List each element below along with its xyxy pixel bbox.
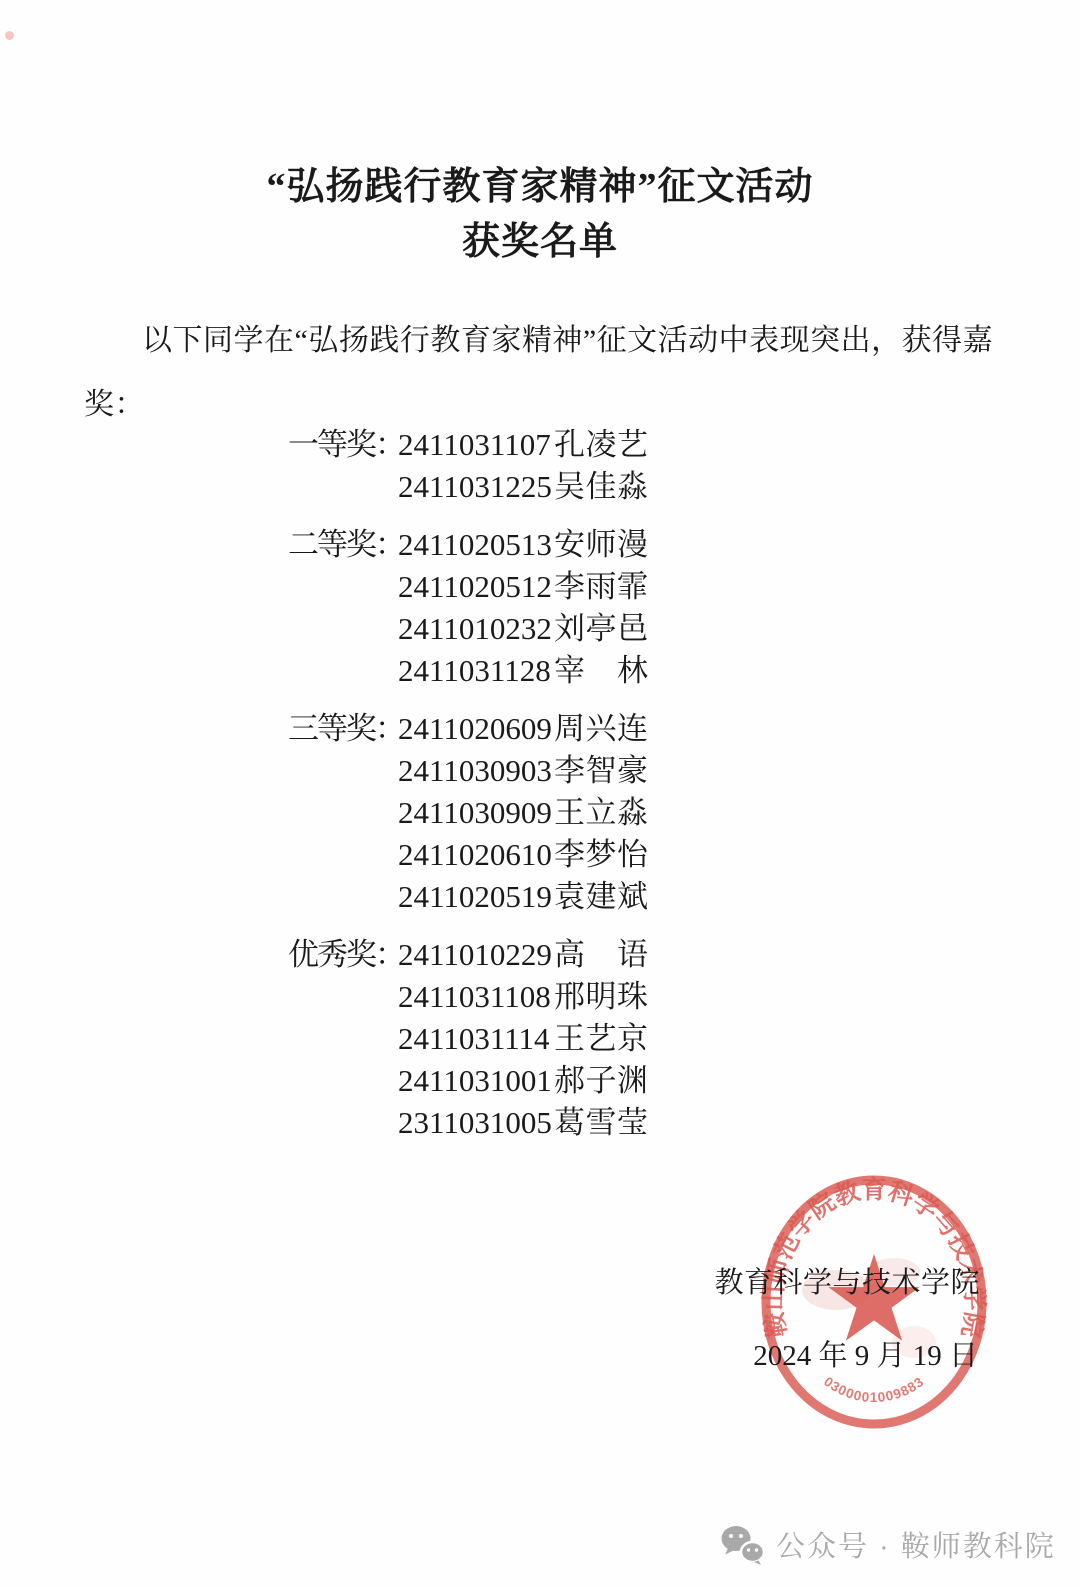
student-name: 周兴连 xyxy=(554,708,649,750)
award-row: 2411031114 王艺京 xyxy=(398,1018,649,1060)
student-id: 2411010232 xyxy=(398,608,554,650)
award-row: 2411010229 高 语 xyxy=(398,934,649,976)
student-id: 2411020610 xyxy=(398,834,554,876)
student-id: 2411031108 xyxy=(398,976,554,1018)
student-id: 2411031225 xyxy=(398,466,554,508)
student-name: 刘亭邑 xyxy=(554,608,649,650)
student-name: 高 语 xyxy=(554,934,649,976)
award-row: 2411031225 吴佳淼 xyxy=(398,466,649,508)
footer-label: 公众号 · 鞍师教科院 xyxy=(776,1524,1056,1565)
student-name: 孔凌艺 xyxy=(554,424,649,466)
red-artifact-dot xyxy=(5,31,14,40)
award-group-excellence: 优秀奖： 2411010229 高 语 2411031108 邢明珠 24110… xyxy=(288,934,649,1144)
award-group-label: 三等奖： xyxy=(288,708,398,918)
award-notice-page: “弘扬践行教育家精神”征文活动 获奖名单 以下同学在“弘扬践行教育家精神”征文活… xyxy=(0,0,1080,1588)
student-name: 葛雪莹 xyxy=(554,1102,649,1144)
official-seal: 鞍山师范学院教育科学与技术学院 0300001009883 xyxy=(744,1172,1004,1432)
award-row: 2411020512 李雨霏 xyxy=(398,566,649,608)
award-group-entries: 2411031107 孔凌艺 2411031225 吴佳淼 xyxy=(398,424,649,508)
award-row: 2411031128 宰 林 xyxy=(398,650,649,692)
student-id: 2411010229 xyxy=(398,934,554,976)
award-group-entries: 2411020609 周兴连 2411030903 李智豪 2411030909… xyxy=(398,708,649,918)
student-name: 李雨霏 xyxy=(554,566,649,608)
award-row: 2411031107 孔凌艺 xyxy=(398,424,649,466)
student-name: 邢明珠 xyxy=(554,976,649,1018)
student-id: 2411031128 xyxy=(398,650,554,692)
award-group-first-prize: 一等奖： 2411031107 孔凌艺 2411031225 吴佳淼 xyxy=(288,424,649,508)
student-name: 王立淼 xyxy=(554,792,649,834)
signature-department: 教育科学与技术学院 xyxy=(714,1267,980,1299)
signature-date: 2024 年 9 月 19 日 xyxy=(753,1340,978,1372)
student-id: 2411020609 xyxy=(398,708,554,750)
page-title-line1: “弘扬践行教育家精神”征文活动 xyxy=(0,160,1080,215)
award-group-second-prize: 二等奖： 2411020513 安师漫 2411020512 李雨霏 24110… xyxy=(288,524,649,692)
intro-paragraph: 以下同学在“弘扬践行教育家精神”征文活动中表现突出，获得嘉奖： xyxy=(84,309,1000,437)
student-id: 2311031005 xyxy=(398,1102,554,1144)
award-row: 2311031005 葛雪莹 xyxy=(398,1102,649,1144)
award-row: 2411031108 邢明珠 xyxy=(398,976,649,1018)
award-row: 2411020609 周兴连 xyxy=(398,708,649,750)
student-name: 安师漫 xyxy=(554,524,649,566)
award-group-label: 二等奖： xyxy=(288,524,398,692)
award-row: 2411020513 安师漫 xyxy=(398,524,649,566)
student-id: 2411020513 xyxy=(398,524,554,566)
award-group-third-prize: 三等奖： 2411020609 周兴连 2411030903 李智豪 24110… xyxy=(288,708,649,918)
footer: 公众号 · 鞍师教科院 xyxy=(720,1524,1056,1565)
student-id: 2411031107 xyxy=(398,424,554,466)
award-list: 一等奖： 2411031107 孔凌艺 2411031225 吴佳淼 二等奖： … xyxy=(288,424,649,1160)
student-name: 李智豪 xyxy=(554,750,649,792)
student-id: 2411020512 xyxy=(398,566,554,608)
award-row: 2411030909 王立淼 xyxy=(398,792,649,834)
seal-serial-number: 0300001009883 xyxy=(821,1374,927,1405)
student-id: 2411031001 xyxy=(398,1060,554,1102)
student-name: 郝子渊 xyxy=(554,1060,649,1102)
svg-text:0300001009883: 0300001009883 xyxy=(821,1374,927,1405)
award-row: 2411010232 刘亭邑 xyxy=(398,608,649,650)
award-group-entries: 2411020513 安师漫 2411020512 李雨霏 2411010232… xyxy=(398,524,649,692)
student-id: 2411030903 xyxy=(398,750,554,792)
student-id: 2411031114 xyxy=(398,1018,554,1060)
student-name: 王艺京 xyxy=(554,1018,649,1060)
student-name: 李梦怡 xyxy=(554,834,649,876)
student-id: 2411030909 xyxy=(398,792,554,834)
page-title-line2: 获奖名单 xyxy=(0,215,1080,270)
award-row: 2411030903 李智豪 xyxy=(398,750,649,792)
student-name: 宰 林 xyxy=(554,650,649,692)
award-row: 2411020519 袁建斌 xyxy=(398,876,649,918)
student-name: 吴佳淼 xyxy=(554,466,649,508)
award-group-label: 优秀奖： xyxy=(288,934,398,1144)
award-group-entries: 2411010229 高 语 2411031108 邢明珠 2411031114… xyxy=(398,934,649,1144)
student-id: 2411020519 xyxy=(398,876,554,918)
student-name: 袁建斌 xyxy=(554,876,649,918)
award-group-label: 一等奖： xyxy=(288,424,398,508)
wechat-icon xyxy=(720,1525,766,1565)
award-row: 2411031001 郝子渊 xyxy=(398,1060,649,1102)
award-row: 2411020610 李梦怡 xyxy=(398,834,649,876)
page-title: “弘扬践行教育家精神”征文活动 获奖名单 xyxy=(0,160,1080,270)
